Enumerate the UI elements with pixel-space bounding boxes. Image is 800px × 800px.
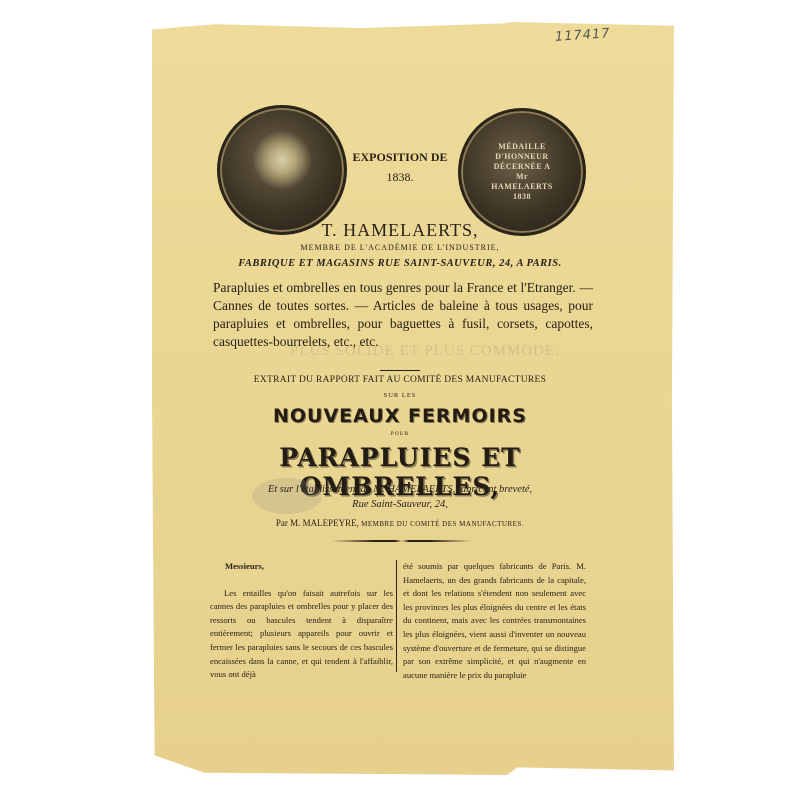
maker-title: MEMBRE DE L'ACADÉMIE DE L'INDUSTRIE, bbox=[200, 243, 600, 252]
maker-name: T. HAMELAERTS, bbox=[200, 220, 600, 241]
sur-les-label: SUR LES bbox=[200, 392, 600, 399]
divider bbox=[380, 370, 420, 371]
title-fermoirs: NOUVEAUX FERMOIRS bbox=[200, 405, 600, 427]
author-line: Par M. MALEPEYRE, MEMBRE DU COMITÉ DES M… bbox=[200, 518, 600, 528]
rue-line: Rue Saint-Sauveur, 24, bbox=[200, 499, 600, 510]
extrait-heading: EXTRAIT DU RAPPORT FAIT AU COMITÉ DES MA… bbox=[200, 375, 600, 385]
exposition-label: EXPOSITION DE bbox=[340, 150, 460, 165]
exposition-year: 1838. bbox=[340, 170, 460, 185]
column-left: Messieurs, Les entailles qu'on faisait a… bbox=[210, 560, 393, 682]
sun-face-medal-icon bbox=[217, 105, 347, 235]
products-paragraph: Parapluies et ombrelles en tous genres p… bbox=[213, 279, 593, 351]
pour-label: POUR bbox=[200, 431, 600, 437]
medal-inscription: MÉDAILLE D'HONNEUR DÉCERNÉE A Mr HAMELAE… bbox=[491, 142, 553, 202]
salutation: Messieurs, bbox=[210, 560, 393, 574]
maker-address: FABRIQUE ET MAGASINS RUE SAINT-SAUVEUR, … bbox=[200, 258, 600, 269]
laurel-wreath-medal-icon: MÉDAILLE D'HONNEUR DÉCERNÉE A Mr HAMELAE… bbox=[458, 108, 586, 236]
column-divider bbox=[396, 560, 397, 672]
sun-face-icon bbox=[252, 130, 312, 190]
author-name: Par M. MALEPEYRE, bbox=[276, 518, 359, 528]
ornamental-divider bbox=[332, 539, 472, 543]
author-role: MEMBRE DU COMITÉ DES MANUFACTURES. bbox=[361, 520, 524, 528]
column-right: été soumis par quelques fabricants de Pa… bbox=[403, 560, 586, 682]
etablissement-line: Et sur l'établissement de M. HAMELAERTS,… bbox=[200, 484, 600, 495]
column-left-text: Les entailles qu'on faisait autrefois su… bbox=[210, 587, 393, 682]
